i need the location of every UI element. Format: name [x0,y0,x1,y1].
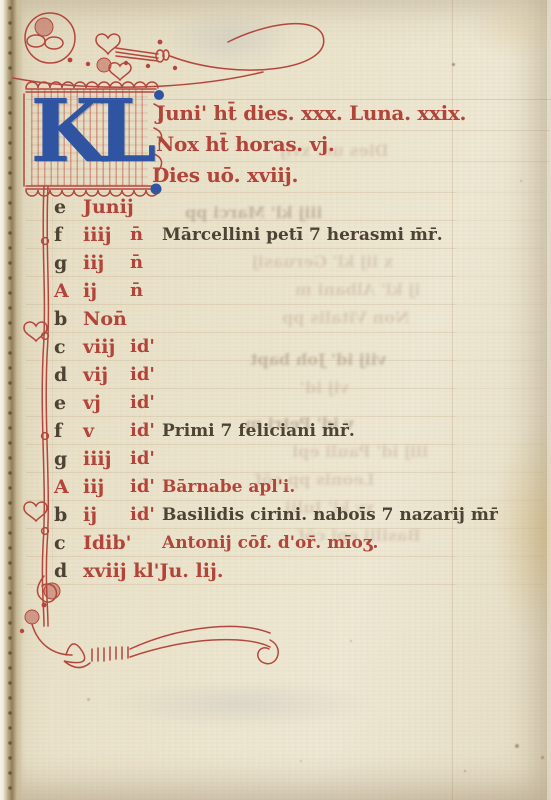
ruling-line [456,248,544,249]
kl-initial-letters: KL [28,82,150,186]
parchment-stain [468,0,551,60]
calendar-marker: id' [130,501,155,529]
dominical-letter: e [54,193,66,221]
feast-entry: Mārcellini petī 7 herasmi m̄r̄. [162,221,443,249]
calendar-row: b Non̄ [30,305,460,333]
ruling-line [456,556,544,557]
ruling-line [150,130,550,131]
ruling-line [26,248,456,249]
day-numeral: Non̄ [83,305,127,333]
ruling-line [456,332,544,333]
dominical-letter: c [54,333,66,361]
calendar-row: g iiij id' [30,445,460,473]
calendar-row: c viij id' [30,333,460,361]
header-line-night-hours: Nox ht̄ horas. vj. [156,129,466,160]
foxing-speck [520,180,522,182]
ink-showthrough-smudge [105,680,375,728]
day-numeral: Idib' [83,529,132,557]
ruling-line [456,416,544,417]
manuscript-page: iiij kl' Marci pp Dies uo. xvij x iij kl… [0,0,551,800]
feast-entry: Basilidis cirini. naboīs 7 nazarij m̄r̄ [162,501,498,529]
calendar-row: d vij id' [30,361,460,389]
day-numeral: vij [83,361,108,389]
ruling-line [26,220,456,221]
dominical-letter: d [54,361,67,389]
calendar-row: e vj id' [30,389,460,417]
ruling-line [456,192,544,193]
ruling-line [26,584,456,585]
day-numeral: viij [83,333,115,361]
calendar-marker: id' [130,361,155,389]
day-numeral: vj [83,389,101,417]
calendar-marker: n̄ [130,221,143,249]
ruling-line [456,444,544,445]
header-line-day-hours: Dies uō. xviij. [152,160,466,191]
calendar-marker: id' [130,445,155,473]
day-numeral: iij [83,249,104,277]
foxing-speck [350,640,352,642]
day-numeral: iij [83,473,104,501]
ruling-line [456,472,544,473]
calendar-marker: n̄ [130,249,143,277]
ruling-line [26,500,456,501]
ruling-line [456,304,544,305]
calendar-row: f v id' Primi 7 feliciani m̄r̄. [30,417,460,445]
ruling-line [26,276,456,277]
feast-entry: Primi 7 feliciani m̄r̄. [162,417,355,445]
ruling-line [456,360,544,361]
ruling-line [26,388,456,389]
header-line-days: Juni' ht̄ dies. xxx. Luna. xxix. [156,98,466,129]
foxing-speck [87,698,90,701]
ruling-line [26,332,456,333]
day-numeral: xviij kl'Ju. lij. [83,557,223,585]
parchment-stain [492,425,551,640]
dominical-letter: f [54,417,62,445]
calendar-marker: id' [130,389,155,417]
calendar-row: A ij n̄ [30,277,460,305]
ruling-line [26,556,456,557]
feast-entry: Antonij cōf. d'or̄. mīoʒ. [162,529,378,557]
dominical-letter: g [54,445,67,473]
ruling-line [26,304,456,305]
calendar-marker: id' [130,333,155,361]
foxing-speck [452,63,455,66]
dominical-letter: d [54,557,67,585]
calendar-header: Juni' ht̄ dies. xxx. Luna. xxix. Nox ht̄… [156,98,466,191]
calendar-marker: id' [130,473,155,501]
feast-entry: Bārnabe apl'i. [162,473,295,501]
calendar-row: f iiij n̄ Mārcellini petī 7 herasmi m̄r̄… [30,221,460,249]
foxing-speck [515,744,519,748]
page-right-edge [547,0,551,800]
ruling-line [26,528,456,529]
calendar-row: d xviij kl'Ju. lij. [30,557,460,585]
day-numeral: Junij [83,193,134,221]
ruling-line [456,276,544,277]
dominical-letter: f [54,221,62,249]
ruling-line [26,192,456,193]
ruling-line [456,500,544,501]
ruling-line [26,472,456,473]
foxing-speck [541,756,544,759]
calendar-rows: e Junij f iiij n̄ Mārcellini petī 7 hera… [30,193,460,585]
ruling-line [26,444,456,445]
calendar-row: e Junij [30,193,460,221]
ruling-line [26,99,551,100]
day-numeral: v [83,417,94,445]
calendar-row: A iij id' Bārnabe apl'i. [30,473,460,501]
calendar-marker: id' [130,417,155,445]
dominical-letter: e [54,389,66,417]
dominical-letter: A [54,473,69,501]
dominical-letter: b [54,501,67,529]
calendar-row: c Idib' Antonij cōf. d'or̄. mīoʒ. [30,529,460,557]
day-numeral: iiij [83,445,112,473]
penwork-bottom-flourish [8,575,308,685]
ruling-line [26,360,456,361]
day-numeral: ij [83,277,97,305]
ruling-line [456,388,544,389]
ruling-line [452,0,453,800]
dominical-letter: g [54,249,67,277]
ruling-line [456,584,544,585]
ruling-line [456,220,544,221]
foxing-speck [300,760,302,762]
calendar-row: g iij n̄ [30,249,460,277]
calendar-marker: n̄ [130,277,143,305]
dominical-letter: b [54,305,67,333]
day-numeral: ij [83,501,97,529]
ruling-line [150,161,550,162]
day-numeral: iiij [83,221,112,249]
ruling-line [26,416,456,417]
dominical-letter: A [54,277,69,305]
dominical-letter: c [54,529,66,557]
foxing-speck [464,770,466,772]
ruling-line [456,528,544,529]
ruling-line [52,190,53,586]
calendar-row: b ij id' Basilidis cirini. naboīs 7 naza… [30,501,460,529]
